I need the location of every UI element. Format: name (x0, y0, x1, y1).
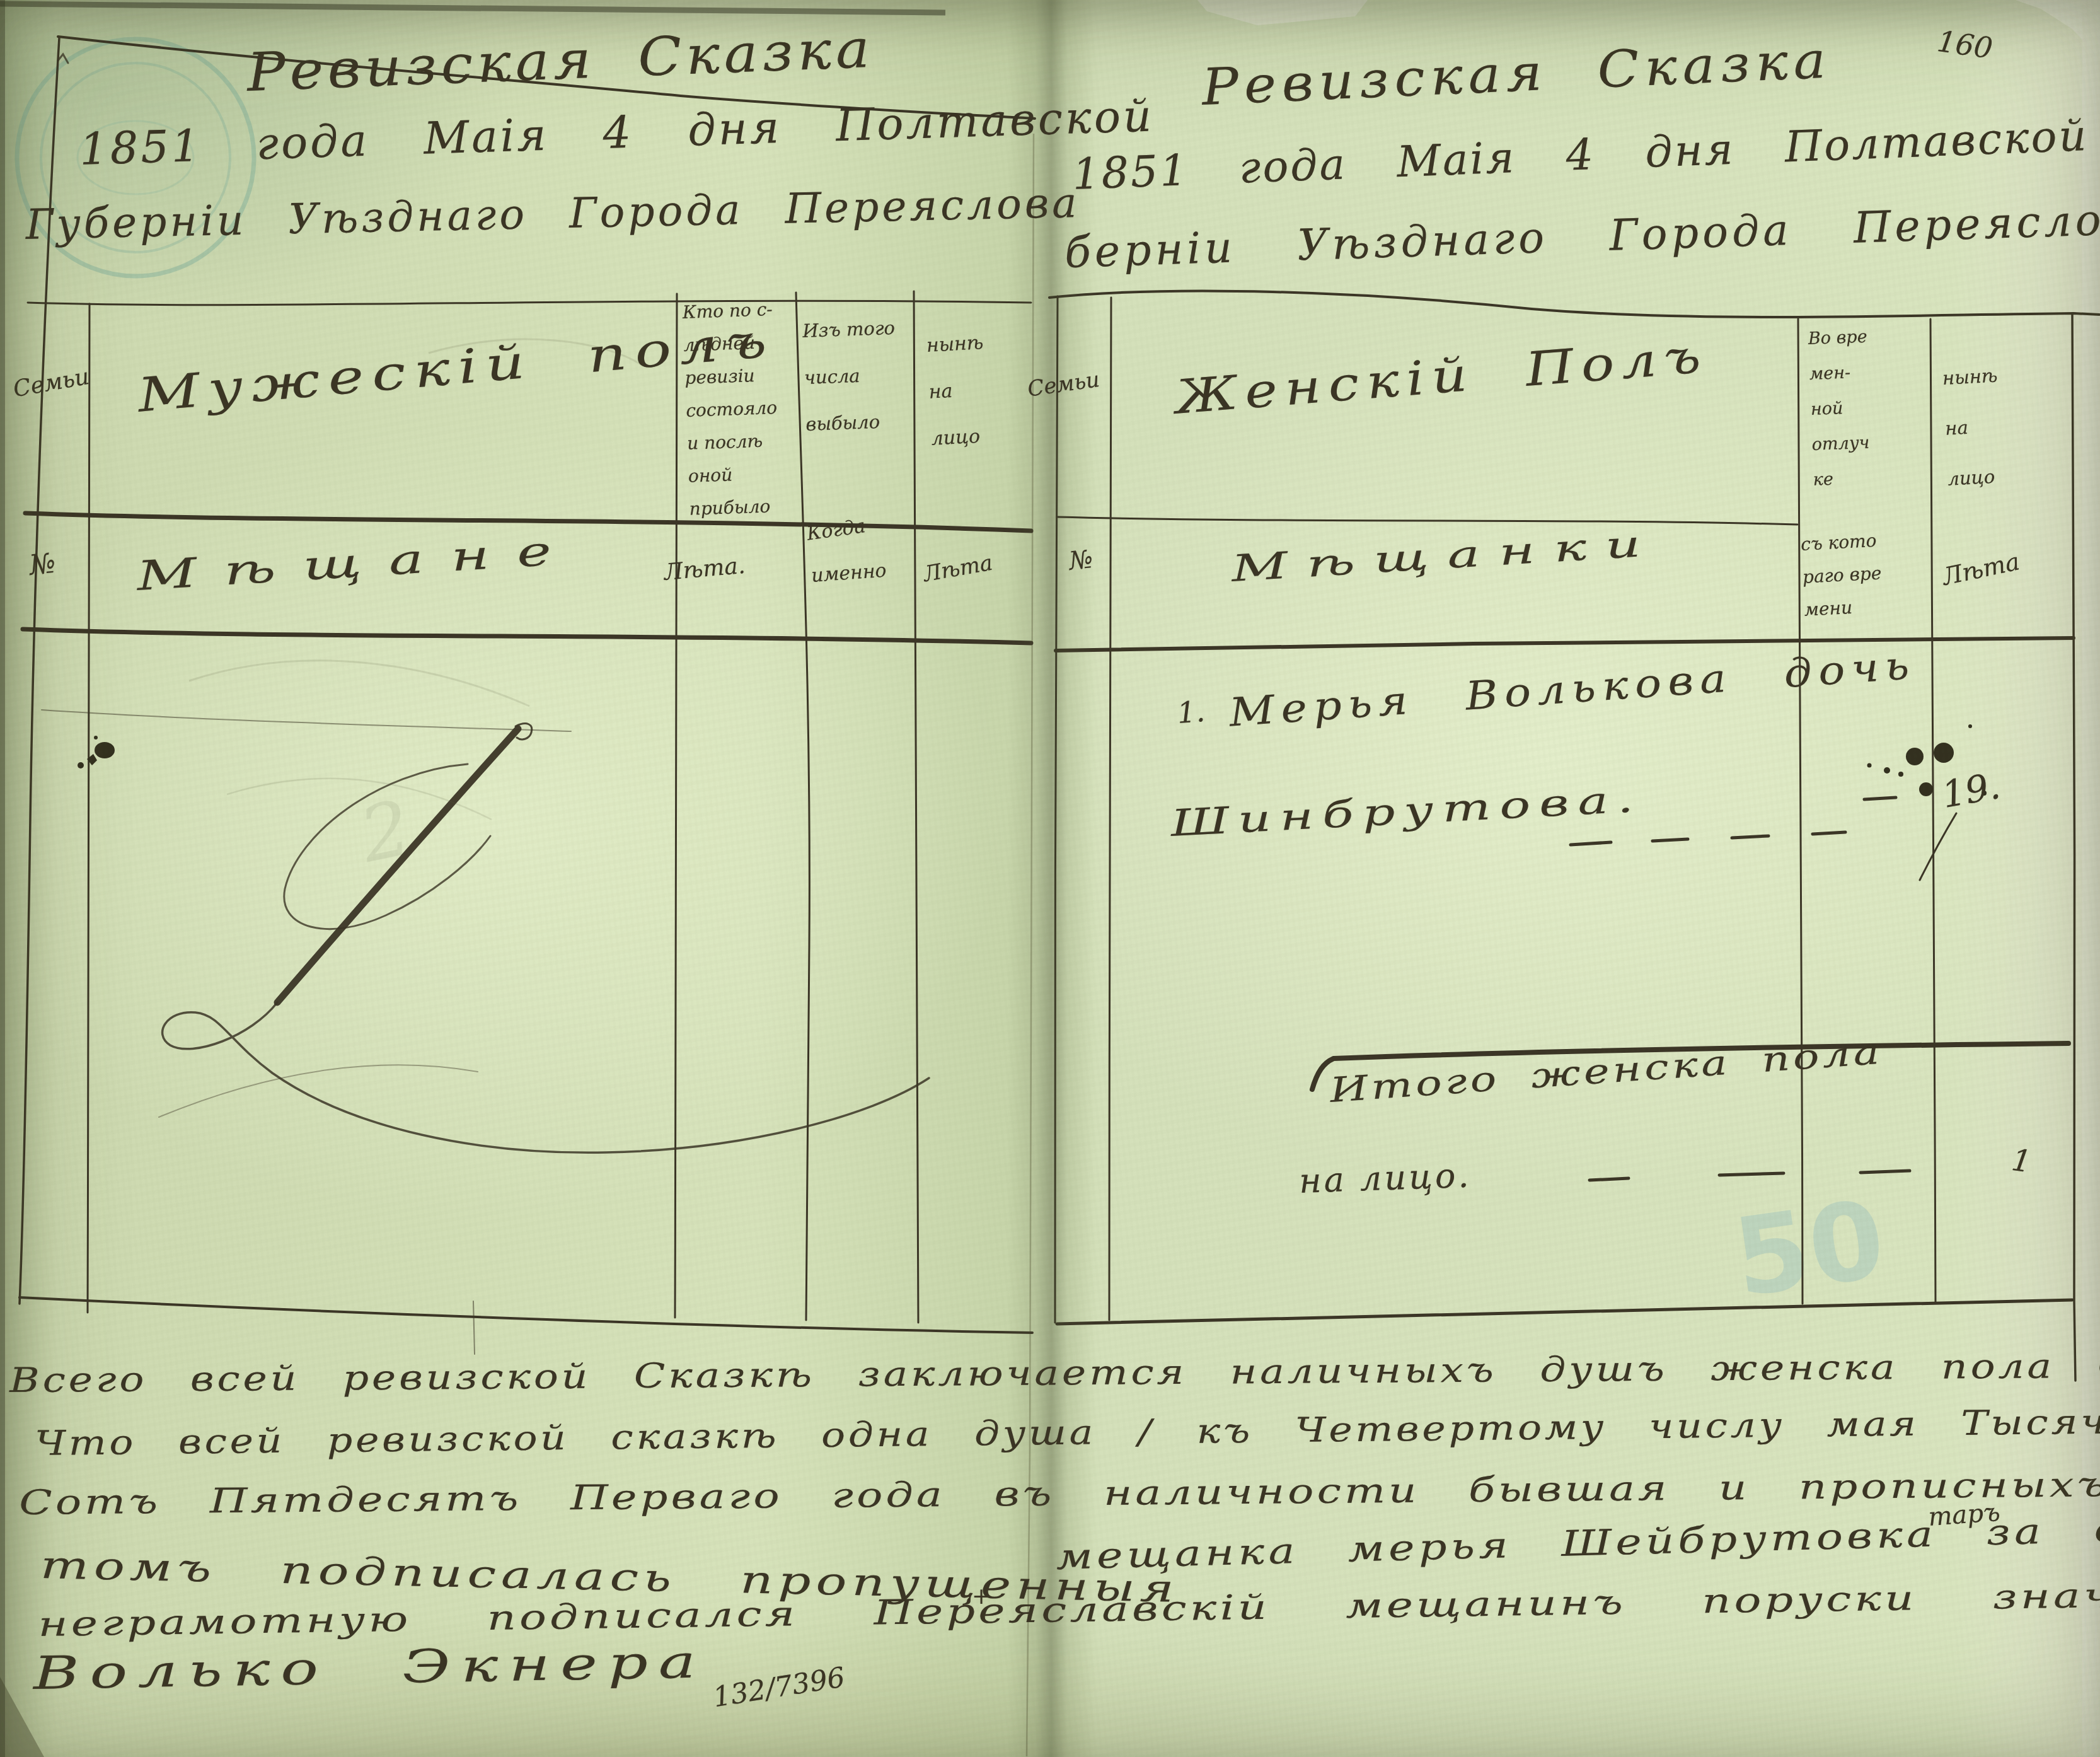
right-row-no: № (1068, 545, 1094, 576)
big-numeral-flourish (159, 724, 929, 1153)
right-row-since: съ кото раго вре мени (1800, 524, 1884, 626)
left-col-present: нынѣ на лицо (925, 320, 989, 462)
total-label-line2: на лицо. (1298, 1155, 1472, 1201)
right-col-absence: Во вре мен- ной отлуч ке (1808, 320, 1872, 498)
revision-list-scan: 50 Ревизская Сказка 1851 года Маія 4 дня… (0, 0, 2100, 1757)
total-dashes (1589, 1171, 1910, 1180)
entry-number: 1. (1176, 694, 1206, 730)
left-col-last-revision: Кто по с- лѣдней ревизіи состояло и посл… (682, 293, 781, 526)
left-col-departed: Изъ того числа выбыло (802, 304, 899, 448)
left-row-no: № (28, 547, 57, 582)
age-flourish-tail (1920, 813, 1956, 880)
right-col-present: нынѣ на лицо (1941, 350, 2004, 504)
